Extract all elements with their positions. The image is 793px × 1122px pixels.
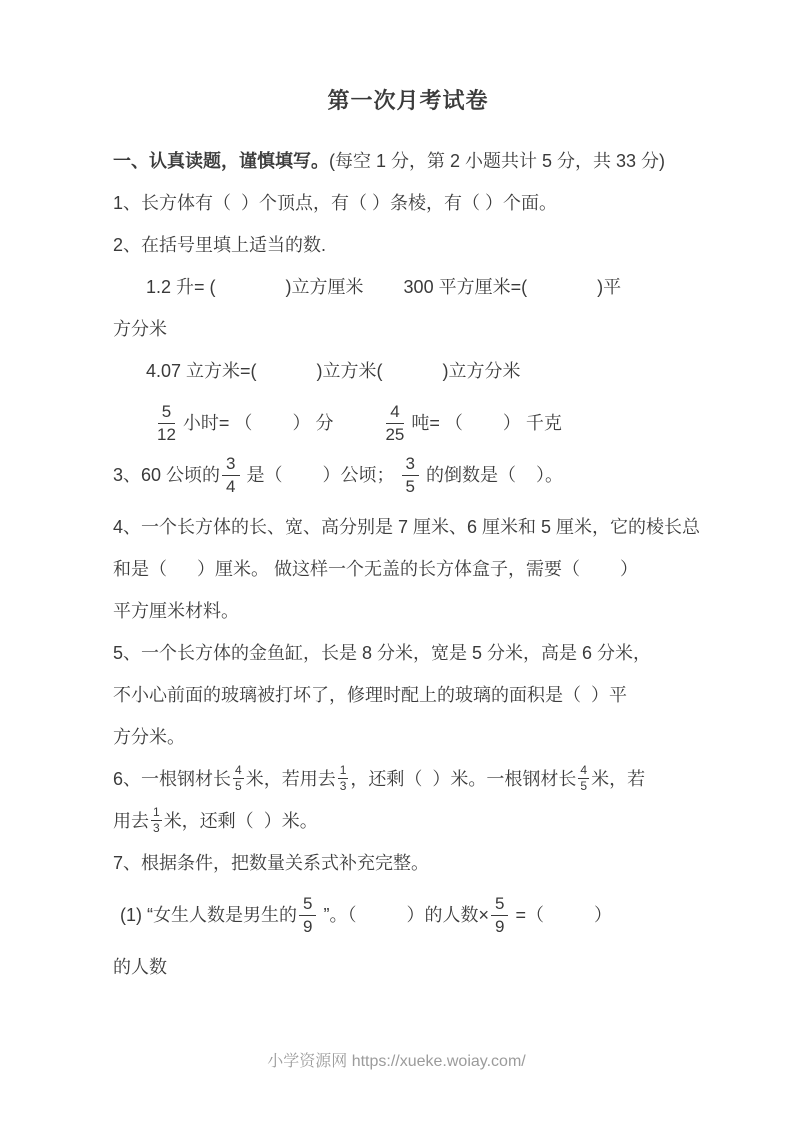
text-run: 3、60 公顷的 bbox=[113, 454, 220, 496]
fraction-5-over-12: 512 bbox=[157, 402, 176, 444]
fraction-numerator: 5 bbox=[491, 894, 508, 916]
text-run: 不小心前面的玻璃被打坏了，修理时配上的玻璃的面积是（ ）平 bbox=[113, 674, 627, 716]
fraction-denominator: 5 bbox=[580, 779, 587, 794]
text-run: 方分米。 bbox=[113, 716, 185, 758]
fraction-numerator: 1 bbox=[151, 806, 162, 821]
question-7-intro: 7、根据条件，把数量关系式补充完整。 bbox=[113, 842, 703, 884]
fraction-numerator: 5 bbox=[158, 402, 175, 424]
question-2-line-liters: 1.2 升= ( )立方厘米 300 平方厘米=( )平 bbox=[113, 266, 703, 308]
footer-watermark: 小学资源网 https://xueke.woiay.com/ bbox=[0, 1048, 793, 1071]
fraction-denominator: 9 bbox=[303, 916, 312, 937]
question-7-part-1-cont: 的人数 bbox=[113, 946, 703, 988]
fraction-1-over-3: 13 bbox=[338, 764, 349, 794]
text-run: =（ ） bbox=[510, 894, 612, 936]
fraction-denominator: 5 bbox=[235, 779, 242, 794]
fraction-4-over-25: 425 bbox=[385, 402, 404, 444]
question-5-line-2: 不小心前面的玻璃被打坏了，修理时配上的玻璃的面积是（ ）平 bbox=[113, 674, 703, 716]
text-run: ”。（ ）的人数× bbox=[318, 894, 489, 936]
fraction-denominator: 5 bbox=[406, 476, 415, 497]
fraction-numerator: 3 bbox=[222, 454, 239, 476]
exam-paper-page: 第一次月考试卷 一、认真读题，谨慎填写。(每空 1 分，第 2 小题共计 5 分… bbox=[0, 0, 793, 1122]
text-run: 是（ ）公顷； bbox=[242, 454, 400, 496]
question-4-line-2: 和是（ ）厘米。 做这样一个无盖的长方体盒子，需要（ ） bbox=[113, 548, 703, 590]
question-5-line-3: 方分米。 bbox=[113, 716, 703, 758]
question-4-line-3: 平方厘米材料。 bbox=[113, 590, 703, 632]
fraction-1-over-3: 13 bbox=[151, 806, 162, 836]
fraction-denominator: 12 bbox=[157, 424, 176, 445]
fraction-numerator: 4 bbox=[578, 764, 589, 779]
text-run: 1.2 升= ( )立方厘米 300 平方厘米=( )平 bbox=[146, 266, 621, 308]
question-4-line-1: 4、一个长方体的长、宽、高分别是 7 厘米、6 厘米和 5 厘米，它的棱长总 bbox=[113, 506, 703, 548]
text-run: 米，还剩（ ）米。 bbox=[164, 800, 318, 842]
fraction-5-over-9: 59 bbox=[491, 894, 508, 936]
text-run: 小时= （ ） 分 bbox=[178, 402, 384, 444]
question-2-line-wrap: 方分米 bbox=[113, 308, 703, 350]
text-run: 1、长方体有（ ）个顶点，有（ ）条棱，有（ ）个面。 bbox=[113, 182, 557, 224]
text-run: 的人数 bbox=[113, 946, 167, 988]
text-run: 4.07 立方米=( )立方米( )立方分米 bbox=[146, 350, 521, 392]
document-lines: 一、认真读题，谨慎填写。(每空 1 分，第 2 小题共计 5 分，共 33 分)… bbox=[113, 140, 703, 988]
fraction-3-over-5: 35 bbox=[402, 454, 419, 496]
text-run: (1) “女生人数是男生的 bbox=[120, 894, 297, 936]
fraction-numerator: 3 bbox=[402, 454, 419, 476]
text-run: 的倒数是（ ）。 bbox=[421, 454, 563, 496]
question-2-line-fractions: 512 小时= （ ） 分 425 吨= （ ） 千克 bbox=[113, 402, 703, 444]
fraction-denominator: 4 bbox=[226, 476, 235, 497]
question-5-line-1: 5、一个长方体的金鱼缸，长是 8 分米，宽是 5 分米，高是 6 分米， bbox=[113, 632, 703, 674]
text-run: 平方厘米材料。 bbox=[113, 590, 239, 632]
text-run: 4、一个长方体的长、宽、高分别是 7 厘米、6 厘米和 5 厘米，它的棱长总 bbox=[113, 506, 700, 548]
document-body: 第一次月考试卷 一、认真读题，谨慎填写。(每空 1 分，第 2 小题共计 5 分… bbox=[0, 0, 793, 988]
text-run: (每空 1 分，第 2 小题共计 5 分，共 33 分) bbox=[329, 140, 665, 182]
question-3: 3、60 公顷的34 是（ ）公顷； 35 的倒数是（ ）。 bbox=[113, 454, 703, 496]
text-run: 5、一个长方体的金鱼缸，长是 8 分米，宽是 5 分米，高是 6 分米， bbox=[113, 632, 651, 674]
text-run: 2、在括号里填上适当的数. bbox=[113, 224, 326, 266]
question-7-part-1: (1) “女生人数是男生的59 ”。（ ）的人数×59 =（ ） bbox=[113, 894, 703, 936]
fraction-numerator: 1 bbox=[338, 764, 349, 779]
question-6-line-2: 用去13米，还剩（ ）米。 bbox=[113, 800, 703, 842]
question-2-intro: 2、在括号里填上适当的数. bbox=[113, 224, 703, 266]
section-1-heading: 一、认真读题，谨慎填写。(每空 1 分，第 2 小题共计 5 分，共 33 分) bbox=[113, 140, 703, 182]
text-run: 用去 bbox=[113, 800, 149, 842]
text-run: 米，若 bbox=[591, 758, 645, 800]
text-run: 和是（ ）厘米。 做这样一个无盖的长方体盒子，需要（ ） bbox=[113, 548, 638, 590]
fraction-denominator: 25 bbox=[385, 424, 404, 445]
fraction-denominator: 3 bbox=[340, 779, 347, 794]
text-run: 吨= （ ） 千克 bbox=[406, 402, 562, 444]
question-1: 1、长方体有（ ）个顶点，有（ ）条棱，有（ ）个面。 bbox=[113, 182, 703, 224]
fraction-3-over-4: 34 bbox=[222, 454, 239, 496]
fraction-numerator: 5 bbox=[299, 894, 316, 916]
text-run: ，还剩（ ）米。一根钢材长 bbox=[350, 758, 576, 800]
fraction-4-over-5: 45 bbox=[233, 764, 244, 794]
fraction-numerator: 4 bbox=[233, 764, 244, 779]
question-2-line-cubic: 4.07 立方米=( )立方米( )立方分米 bbox=[113, 350, 703, 392]
heading-text: 一、认真读题，谨慎填写。 bbox=[113, 140, 329, 182]
text-run: 米，若用去 bbox=[246, 758, 336, 800]
fraction-denominator: 9 bbox=[495, 916, 504, 937]
exam-title: 第一次月考试卷 bbox=[113, 84, 703, 118]
text-run: 7、根据条件，把数量关系式补充完整。 bbox=[113, 842, 429, 884]
question-6-line-1: 6、一根钢材长45米，若用去13，还剩（ ）米。一根钢材长45米，若 bbox=[113, 758, 703, 800]
fraction-4-over-5: 45 bbox=[578, 764, 589, 794]
text-run: 方分米 bbox=[113, 308, 167, 350]
fraction-5-over-9: 59 bbox=[299, 894, 316, 936]
text-run: 6、一根钢材长 bbox=[113, 758, 231, 800]
fraction-numerator: 4 bbox=[386, 402, 403, 424]
fraction-denominator: 3 bbox=[153, 821, 160, 836]
